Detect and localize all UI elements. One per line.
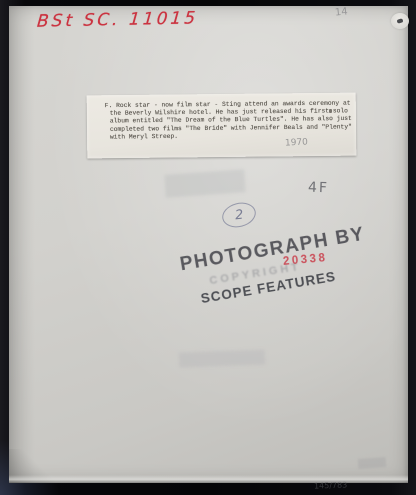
- circled-number: 2: [234, 207, 244, 223]
- serial-number-stamp: 20338: [283, 252, 328, 268]
- plate-pencil-mark: 4F: [308, 180, 330, 197]
- sticker-ink-mark: [397, 18, 404, 23]
- date-pencil-mark: 1970: [285, 137, 308, 148]
- ink-speck: [329, 109, 332, 113]
- erased-stamp-smudge: [164, 169, 245, 198]
- photo-verso-scan: BSt SC. 11015 14 F. Rock star - now film…: [0, 0, 416, 495]
- typed-caption-label: F. Rock star - now film star - Sting att…: [87, 93, 357, 159]
- round-sticker: [391, 13, 409, 29]
- photo-paper-back: BSt SC. 11015 14 F. Rock star - now film…: [9, 6, 408, 483]
- archive-reference-handwriting: BSt SC. 11015: [36, 8, 199, 31]
- paper-bottom-edge-highlight: [9, 475, 408, 483]
- caption-text: F. Rock star - now film star - Sting att…: [105, 100, 364, 142]
- top-right-pencil-mark: 14: [334, 6, 348, 18]
- faint-stamp-smudge: [179, 350, 265, 368]
- corner-pencil-smudge: [358, 457, 387, 469]
- paper-left-shading: [9, 6, 35, 483]
- circled-number-annotation: 2: [220, 199, 259, 231]
- caption-line: with Meryl Streep.: [105, 131, 364, 142]
